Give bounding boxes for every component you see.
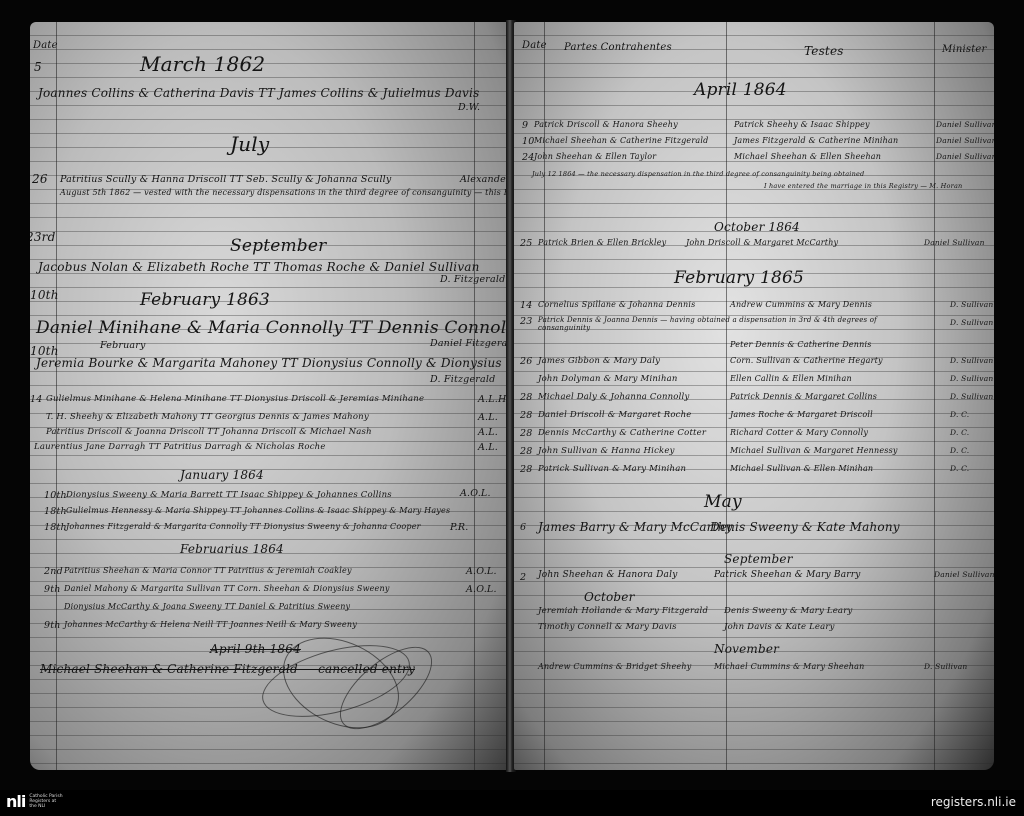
minister-column-rule bbox=[934, 22, 935, 770]
entry-text: Johannes McCarthy & Helena Neill TT Joan… bbox=[64, 620, 357, 629]
date-column-header: Date bbox=[522, 40, 547, 51]
entry-day: 28 bbox=[520, 410, 533, 421]
entry-parties: James Barry & Mary McCarthy bbox=[538, 520, 733, 534]
entry-minister: D. Sullivan bbox=[950, 392, 993, 401]
entry-parties: Patrick Driscoll & Hanora Sheehy bbox=[534, 120, 678, 129]
entry-day: 10th bbox=[44, 490, 67, 501]
entry-witnesses: Patrick Dennis & Margaret Collins bbox=[730, 392, 877, 401]
witnesses-column-header: Testes bbox=[804, 44, 844, 58]
parties-column-rule bbox=[726, 22, 727, 770]
entry-witnesses: Michael Sullivan & Margaret Hennessy bbox=[730, 446, 898, 455]
entry-minister: D. C. bbox=[950, 464, 969, 473]
viewer-footer: nli Catholic Parish Registers at the NLI… bbox=[0, 790, 1024, 816]
entry-minister: Daniel Sullivan bbox=[936, 136, 994, 145]
entry-text: Johannes Fitzgerald & Margarita Connolly… bbox=[66, 522, 421, 531]
entry-text: Patritius Scully & Hanna Driscoll TT Seb… bbox=[60, 174, 392, 185]
entry-day: 9 bbox=[522, 120, 528, 131]
entry-witnesses: Corn. Sullivan & Catherine Hegarty bbox=[730, 356, 883, 365]
entry-text: Gulielmus Minihane & Helena Minihane TT … bbox=[46, 394, 424, 404]
entry-minister: D. Sullivan bbox=[950, 318, 993, 327]
entry-parties: Cornelius Spillane & Johanna Dennis bbox=[538, 300, 695, 309]
entry-text: Gulielmus Hennessy & Maria Shippey TT Jo… bbox=[66, 506, 450, 515]
entry-witnesses: Patrick Sheehan & Mary Barry bbox=[714, 570, 861, 580]
month-heading: October 1864 bbox=[714, 220, 800, 234]
parties-column-header: Partes Contrahentes bbox=[564, 42, 672, 53]
entry-note: A.O.L. bbox=[466, 584, 497, 595]
entry-text: Joannes Collins & Catherina Davis TT Jam… bbox=[38, 86, 479, 100]
entry-day: 28 bbox=[520, 392, 533, 403]
entry-day: 10 bbox=[522, 136, 535, 147]
entry-witnesses: Denis Sweeny & Kate Mahony bbox=[710, 520, 900, 534]
entry-witnesses: Denis Sweeny & Mary Leary bbox=[724, 606, 852, 616]
entry-day: 2nd bbox=[44, 566, 63, 577]
entry-text: T. H. Sheehy & Elizabeth Mahony TT Georg… bbox=[46, 412, 369, 422]
entry-parties: Michael Sheehan & Catherine Fitzgerald bbox=[534, 136, 708, 145]
month-heading: March 1862 bbox=[140, 52, 265, 76]
entry-day: 9th bbox=[44, 620, 61, 631]
entry-day: 23rd bbox=[30, 230, 56, 244]
entry-witnesses: James Roche & Margaret Driscoll bbox=[730, 410, 873, 419]
entry-note: D. Fitzgerald bbox=[440, 274, 505, 285]
entry-minister: Daniel Sullivan bbox=[936, 120, 994, 129]
dispensation-note: July 12 1864 — the necessary dispensatio… bbox=[532, 170, 864, 178]
entry-parties: John Sullivan & Hanna Hickey bbox=[538, 446, 675, 456]
entry-witnesses: Patrick Sheehy & Isaac Shippey bbox=[734, 120, 870, 129]
entry-parties: Dennis McCarthy & Catherine Cotter bbox=[538, 428, 706, 438]
nli-logo[interactable]: nli Catholic Parish Registers at the NLI bbox=[6, 792, 63, 811]
entry-text: Jacobus Nolan & Elizabeth Roche TT Thoma… bbox=[38, 260, 480, 274]
entry-minister: Daniel Sullivan bbox=[936, 152, 994, 161]
entry-minister: D. Sullivan bbox=[950, 374, 993, 383]
entry-day: 9th bbox=[44, 584, 61, 595]
entry-minister: D. C. bbox=[950, 428, 969, 437]
entry-day: 28 bbox=[520, 446, 533, 457]
entry-note: A.O.L. bbox=[460, 488, 491, 499]
entry-witnesses: Richard Cotter & Mary Connolly bbox=[730, 428, 868, 437]
entry-day: 23 bbox=[520, 316, 533, 327]
entry-day: 10th bbox=[30, 288, 59, 302]
entry-witnesses: Andrew Cummins & Mary Dennis bbox=[730, 300, 872, 309]
entry-witnesses: Michael Sheehan & Ellen Sheehan bbox=[734, 152, 881, 161]
entry-text: Patritius Sheehan & Maria Connor TT Patr… bbox=[64, 566, 352, 575]
registry-note: I have entered the marriage in this Regi… bbox=[764, 182, 962, 190]
entry-parties: Patrick Dennis & Joanna Dennis — having … bbox=[538, 316, 908, 332]
entry-day: 24 bbox=[522, 152, 535, 163]
entry-minister: Daniel Sullivan bbox=[924, 238, 985, 247]
month-heading: November bbox=[714, 642, 779, 656]
entry-witnesses: Peter Dennis & Catherine Dennis bbox=[730, 340, 872, 349]
entry-witnesses: James Fitzgerald & Catherine Minihan bbox=[734, 136, 898, 145]
entry-day: 25 bbox=[520, 238, 533, 249]
entry-parties: John Sheehan & Hanora Daly bbox=[538, 570, 678, 580]
entry-day: 6 bbox=[520, 522, 526, 533]
entry-parties: Michael Daly & Johanna Connolly bbox=[538, 392, 689, 402]
entry-day: 28 bbox=[520, 428, 533, 439]
month-heading: October bbox=[584, 590, 635, 604]
entry-text: Daniel Mahony & Margarita Sullivan TT Co… bbox=[64, 584, 390, 593]
entry-minister: D. Sullivan bbox=[950, 356, 993, 365]
entry-parties: Patrick Brien & Ellen Brickley bbox=[538, 238, 666, 247]
entry-note: A.L. bbox=[478, 442, 498, 453]
entry-minister: Daniel Sullivan bbox=[934, 570, 994, 579]
entry-day: 26 bbox=[520, 356, 533, 367]
right-register-page: Date Partes Contrahentes Testes Minister… bbox=[514, 22, 994, 770]
entry-parties: John Dolyman & Mary Minihan bbox=[538, 374, 678, 384]
entry-parties: Timothy Connell & Mary Davis bbox=[538, 622, 677, 632]
entry-text: Daniel Minihane & Maria Connolly TT Denn… bbox=[36, 318, 508, 338]
entry-witnesses: John Davis & Kate Leary bbox=[724, 622, 835, 632]
entry-note: A.L. bbox=[478, 427, 498, 438]
entry-minister: D. C. bbox=[950, 410, 969, 419]
entry-parties: James Gibbon & Mary Daly bbox=[538, 356, 660, 366]
dispensation-note: August 5th 1862 — vested with the necess… bbox=[60, 188, 508, 197]
entry-parties: Andrew Cummins & Bridget Sheehy bbox=[538, 662, 691, 671]
entry-note: A.L.H. bbox=[478, 394, 508, 405]
entry-note: Alexander bbox=[460, 174, 508, 185]
entry-text: Laurentius Jane Darragh TT Patritius Dar… bbox=[34, 442, 326, 452]
entry-parties: John Sheehan & Ellen Taylor bbox=[534, 152, 656, 161]
site-url-link[interactable]: registers.nli.ie bbox=[931, 795, 1016, 809]
entry-day: 18th bbox=[44, 506, 67, 517]
left-register-page: Date 5 March 1862 Joannes Collins & Cath… bbox=[30, 22, 508, 770]
entry-witnesses: Michael Sullivan & Ellen Minihan bbox=[730, 464, 873, 473]
margin-column-rule bbox=[474, 22, 475, 770]
month-heading: February 1863 bbox=[140, 290, 270, 310]
entry-witnesses: Michael Cummins & Mary Sheehan bbox=[714, 662, 864, 671]
entry-minister: D. Sullivan bbox=[924, 662, 967, 671]
entry-note: Daniel Fitzgerald bbox=[430, 338, 508, 349]
month-heading: May bbox=[704, 492, 742, 512]
entry-day: 2 bbox=[520, 572, 526, 583]
nli-logo-mark: nli bbox=[6, 792, 25, 811]
entry-day: 14 bbox=[520, 300, 533, 311]
register-scan: Date 5 March 1862 Joannes Collins & Cath… bbox=[0, 0, 1024, 790]
entry-day: 5 bbox=[34, 60, 42, 74]
month-heading: February bbox=[100, 340, 146, 351]
entry-parties: Daniel Driscoll & Margaret Roche bbox=[538, 410, 692, 420]
entry-day: 28 bbox=[520, 464, 533, 475]
entry-note: P.R. bbox=[450, 522, 468, 533]
entry-parties: Patrick Sullivan & Mary Minihan bbox=[538, 464, 686, 474]
entry-day: 18th bbox=[44, 522, 67, 533]
month-heading: September bbox=[230, 236, 326, 256]
entry-minister: D. Sullivan bbox=[950, 300, 993, 309]
date-column-header: Date bbox=[33, 40, 58, 51]
entry-day: 14 bbox=[30, 394, 43, 405]
month-heading: September bbox=[724, 552, 793, 566]
entry-parties: Jeremiah Hollande & Mary Fitzgerald bbox=[538, 606, 708, 616]
entry-note: A.O.L. bbox=[466, 566, 497, 577]
entry-witnesses: Ellen Callin & Ellen Minihan bbox=[730, 374, 852, 383]
entry-day: 26 bbox=[32, 172, 48, 186]
entry-witnesses: John Driscoll & Margaret McCarthy bbox=[686, 238, 838, 247]
entry-note: A.L. bbox=[478, 412, 498, 423]
entry-text: Patritius Driscoll & Joanna Driscoll TT … bbox=[46, 427, 372, 437]
month-heading: February 1865 bbox=[674, 268, 804, 288]
entry-note: D. Fitzgerald bbox=[430, 374, 495, 385]
entry-text: Dionysius McCarthy & Joana Sweeny TT Dan… bbox=[64, 602, 350, 611]
minister-column-header: Minister bbox=[942, 44, 987, 55]
month-heading: July bbox=[230, 132, 269, 156]
month-heading: January 1864 bbox=[180, 468, 264, 482]
entry-minister: D. C. bbox=[950, 446, 969, 455]
entry-note: D.W. bbox=[458, 102, 480, 113]
month-heading: April 1864 bbox=[694, 80, 787, 100]
month-heading: Februarius 1864 bbox=[180, 542, 284, 556]
entry-text: Jeremia Bourke & Margarita Mahoney TT Di… bbox=[36, 356, 508, 370]
nli-logo-text: Catholic Parish Registers at the NLI bbox=[29, 794, 62, 809]
entry-text: Dionysius Sweeny & Maria Barrett TT Isaa… bbox=[66, 490, 392, 500]
